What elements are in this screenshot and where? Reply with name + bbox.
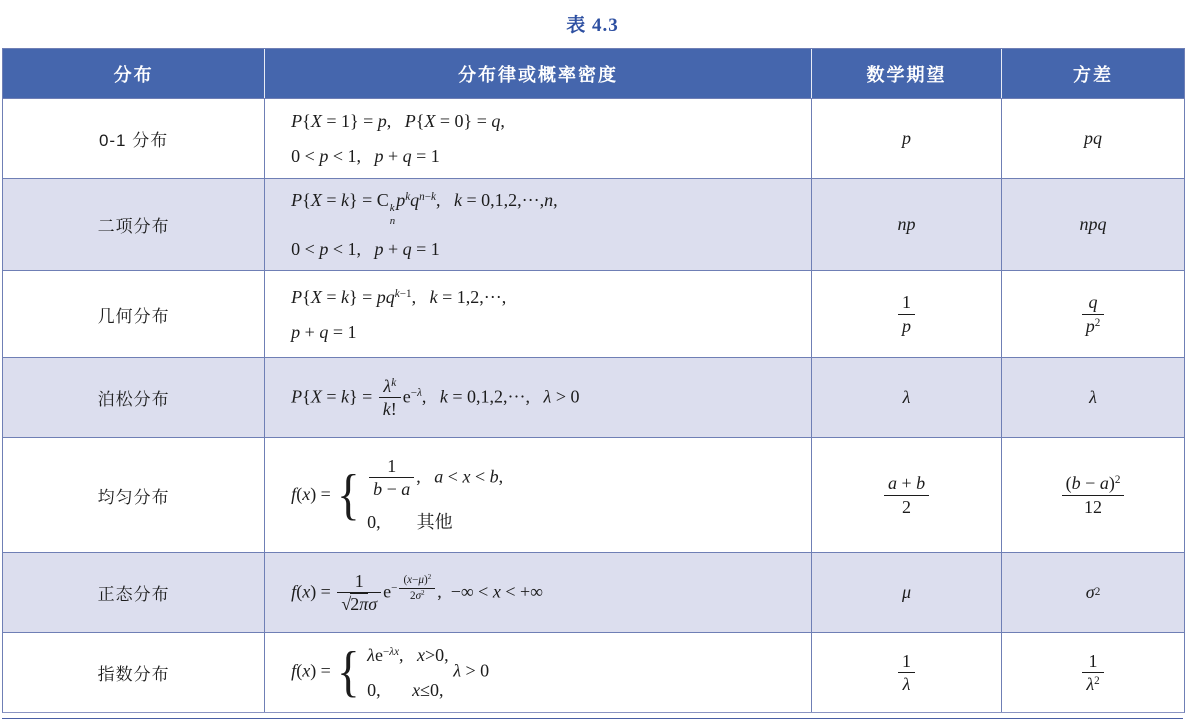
cell-formula: f(x) = {λe−λx, x>0,0, x≤0, λ > 0 (265, 633, 812, 712)
header-pdf: 分布律或概率密度 (265, 49, 812, 98)
cell-expectation: p (812, 99, 1002, 178)
table-row-uniform: 均匀分布f(x) = {1b − a, a < x < b,0, 其他a + b… (3, 437, 1184, 552)
header-distribution: 分布 (3, 49, 265, 98)
cell-distribution-name: 0-1 分布 (3, 99, 265, 178)
cell-expectation: λ (812, 358, 1002, 437)
cell-expectation: μ (812, 553, 1002, 632)
header-expectation: 数学期望 (812, 49, 1002, 98)
cell-distribution-name: 几何分布 (3, 271, 265, 357)
table-body: 0-1 分布P{X = 1} = p, P{X = 0} = q,0 < p <… (3, 98, 1184, 712)
cell-formula: P{X = k} = pqk−1, k = 1,2,···,p + q = 1 (265, 271, 812, 357)
cell-expectation: a + b2 (812, 438, 1002, 552)
table-row-zero-one: 0-1 分布P{X = 1} = p, P{X = 0} = q,0 < p <… (3, 98, 1184, 178)
cell-expectation: 1p (812, 271, 1002, 357)
header-variance: 方差 (1002, 49, 1184, 98)
cell-formula: P{X = k} = Cknpkqn−k, k = 0,1,2,···,n,0 … (265, 179, 812, 270)
cell-formula: P{X = k} = λkk!e−λ, k = 0,1,2,···, λ > 0 (265, 358, 812, 437)
distribution-table: 分布 分布律或概率密度 数学期望 方差 0-1 分布P{X = 1} = p, … (2, 48, 1185, 713)
cell-distribution-name: 指数分布 (3, 633, 265, 712)
cell-formula: P{X = 1} = p, P{X = 0} = q,0 < p < 1, p … (265, 99, 812, 178)
cell-distribution-name: 泊松分布 (3, 358, 265, 437)
table-row-poisson: 泊松分布P{X = k} = λkk!e−λ, k = 0,1,2,···, λ… (3, 357, 1184, 437)
cell-distribution-name: 均匀分布 (3, 438, 265, 552)
cell-formula: f(x) = 1√2πσe−(x−μ)22σ2, −∞ < x < +∞ (265, 553, 812, 632)
cell-expectation: np (812, 179, 1002, 270)
cell-variance: qp2 (1002, 271, 1184, 357)
cell-variance: σ2 (1002, 553, 1184, 632)
cell-distribution-name: 正态分布 (3, 553, 265, 632)
cell-variance: (b − a)212 (1002, 438, 1184, 552)
table-header-row: 分布 分布律或概率密度 数学期望 方差 (3, 49, 1184, 98)
cell-expectation: 1λ (812, 633, 1002, 712)
cell-formula: f(x) = {1b − a, a < x < b,0, 其他 (265, 438, 812, 552)
table-row-exponential: 指数分布f(x) = {λe−λx, x>0,0, x≤0, λ > 01λ1λ… (3, 632, 1184, 712)
page: 表 4.3 分布 分布律或概率密度 数学期望 方差 0-1 分布P{X = 1}… (0, 0, 1185, 719)
cell-variance: λ (1002, 358, 1184, 437)
table-row-binomial: 二项分布P{X = k} = Cknpkqn−k, k = 0,1,2,···,… (3, 178, 1184, 270)
table-title: 表 4.3 (0, 10, 1185, 37)
cell-variance: 1λ2 (1002, 633, 1184, 712)
cell-variance: npq (1002, 179, 1184, 270)
table-row-normal: 正态分布f(x) = 1√2πσe−(x−μ)22σ2, −∞ < x < +∞… (3, 552, 1184, 632)
table-row-geometric: 几何分布P{X = k} = pqk−1, k = 1,2,···,p + q … (3, 270, 1184, 357)
cell-distribution-name: 二项分布 (3, 179, 265, 270)
cell-variance: pq (1002, 99, 1184, 178)
